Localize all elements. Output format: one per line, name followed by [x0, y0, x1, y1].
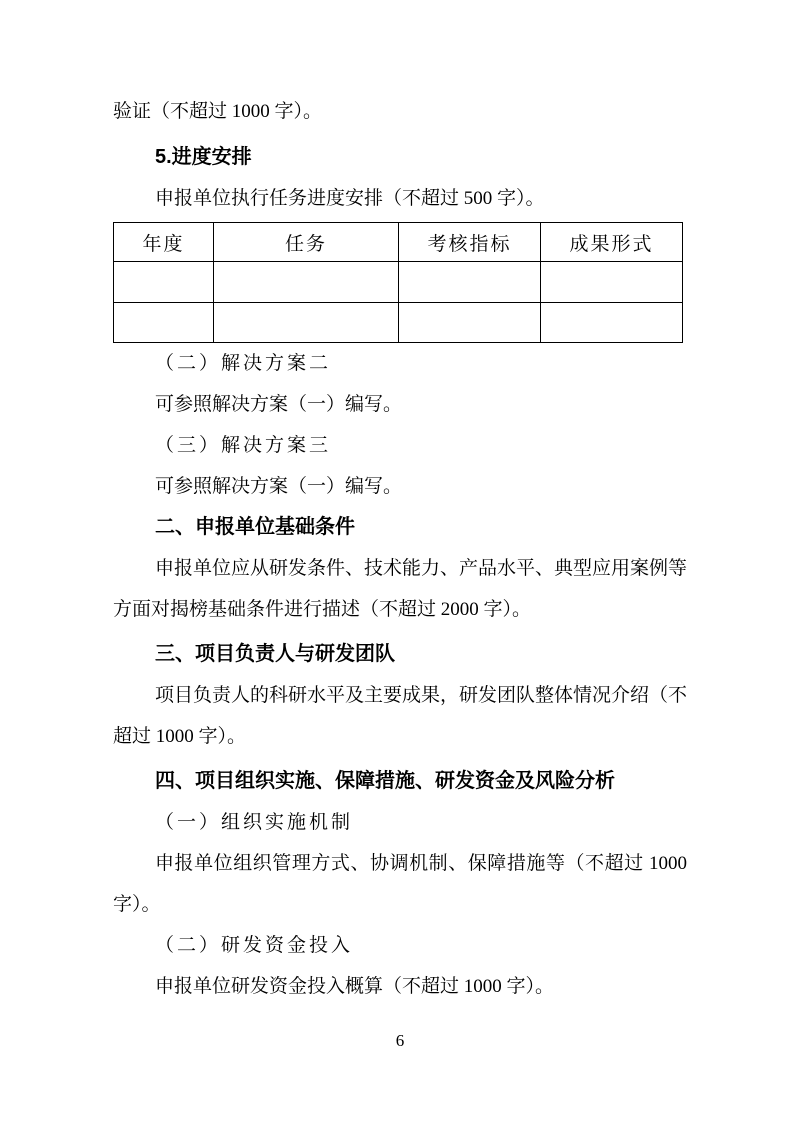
subheading-solution-3: （三）解决方案三 — [113, 425, 687, 466]
table-cell — [114, 303, 214, 343]
progress-schedule-table: 年度 任务 考核指标 成果形式 — [113, 222, 683, 343]
table-header-task: 任务 — [214, 223, 399, 262]
page-number: 6 — [113, 1031, 687, 1051]
paragraph-section-3: 项目负责人的科研水平及主要成果，研发团队整体情况介绍（不超过 1000 字）。 — [113, 675, 687, 757]
paragraph-validation: 验证（不超过 1000 字）。 — [113, 91, 687, 132]
table-cell — [214, 262, 399, 303]
heading-section-2-unit-basic-conditions: 二、申报单位基础条件 — [113, 507, 687, 548]
table-header-row: 年度 任务 考核指标 成果形式 — [114, 223, 683, 262]
paragraph-progress-schedule: 申报单位执行任务进度安排（不超过 500 字）。 — [113, 178, 687, 219]
paragraph-section-2: 申报单位应从研发条件、技术能力、产品水平、典型应用案例等方面对揭榜基础条件进行描… — [113, 548, 687, 630]
table-cell — [114, 262, 214, 303]
paragraph-rd-funding: 申报单位研发资金投入概算（不超过 1000 字）。 — [113, 966, 687, 1007]
paragraph-solution-3: 可参照解决方案（一）编写。 — [113, 466, 687, 507]
heading-section-3-project-leader-team: 三、项目负责人与研发团队 — [113, 634, 687, 675]
subheading-rd-funding: （二）研发资金投入 — [113, 925, 687, 966]
table-header-result-form: 成果形式 — [541, 223, 683, 262]
subheading-solution-2: （二）解决方案二 — [113, 343, 687, 384]
paragraph-organization-mechanism: 申报单位组织管理方式、协调机制、保障措施等（不超过 1000 字）。 — [113, 843, 687, 925]
document-page: 验证（不超过 1000 字）。 5.进度安排 申报单位执行任务进度安排（不超过 … — [0, 0, 793, 1122]
table-header-year: 年度 — [114, 223, 214, 262]
paragraph-solution-2: 可参照解决方案（一）编写。 — [113, 384, 687, 425]
table-cell — [399, 262, 541, 303]
table-cell — [541, 262, 683, 303]
table-row — [114, 303, 683, 343]
heading-progress-schedule: 5.进度安排 — [113, 137, 687, 178]
table-header-assessment-indicator: 考核指标 — [399, 223, 541, 262]
table-row — [114, 262, 683, 303]
heading-section-4-organization-implementation: 四、项目组织实施、保障措施、研发资金及风险分析 — [113, 761, 687, 802]
table-cell — [214, 303, 399, 343]
table-cell — [541, 303, 683, 343]
subheading-organization-mechanism: （一）组织实施机制 — [113, 802, 687, 843]
table-cell — [399, 303, 541, 343]
